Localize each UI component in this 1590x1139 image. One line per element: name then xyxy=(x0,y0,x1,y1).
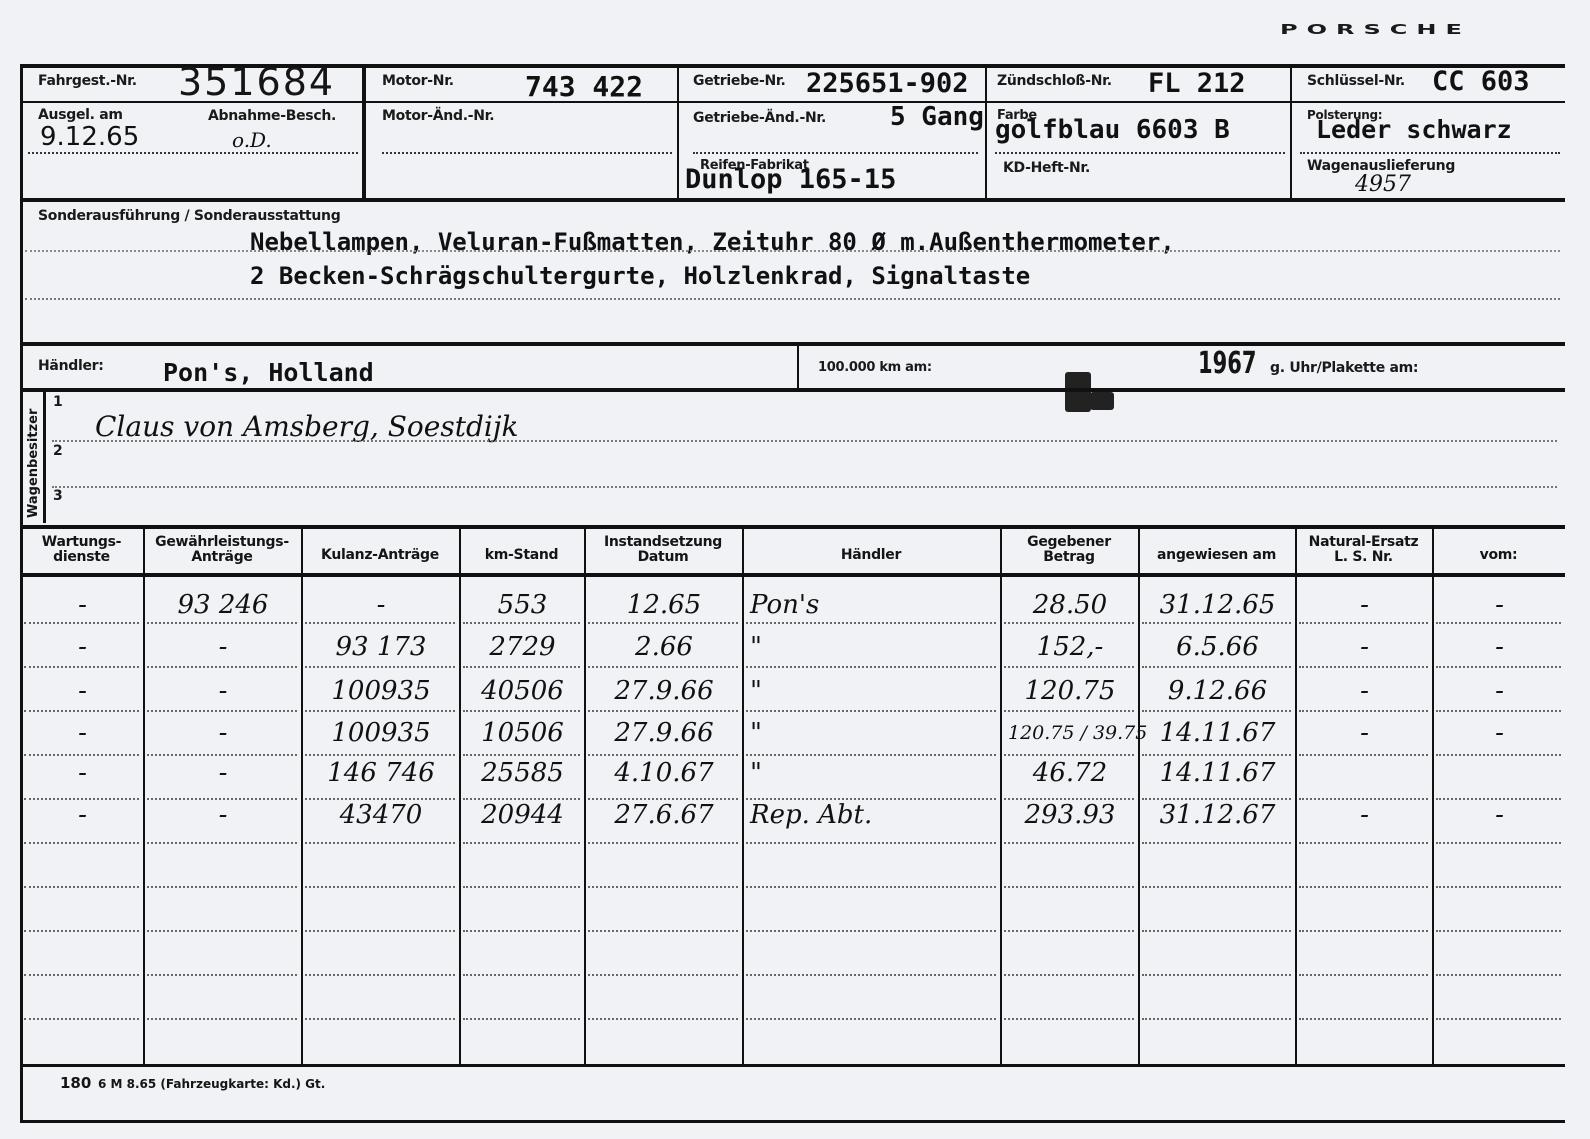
dotted-line xyxy=(24,710,139,712)
stamp-mark xyxy=(1090,392,1114,410)
table-cell: - xyxy=(1440,676,1559,706)
dotted-line xyxy=(463,666,580,668)
wagenauslieferung-value: 4957 xyxy=(1355,172,1411,197)
dotted-line xyxy=(147,886,297,888)
table-bottom xyxy=(20,1064,1565,1067)
dotted-line xyxy=(24,1018,139,1020)
dotted-line xyxy=(588,754,738,756)
km100-label: 100.000 km am: xyxy=(818,360,932,375)
dotted-line xyxy=(1004,886,1134,888)
dotted-line xyxy=(24,974,139,976)
form-number: 180 xyxy=(60,1074,91,1092)
dotted-line xyxy=(1142,842,1291,844)
dotted-line xyxy=(588,842,738,844)
column-divider xyxy=(459,527,461,1065)
dotted-line xyxy=(305,622,455,624)
column-header: Händler xyxy=(742,548,1000,563)
dotted-line xyxy=(1299,886,1428,888)
table-top xyxy=(20,525,1565,529)
table-cell: - xyxy=(151,632,295,662)
column-divider xyxy=(1295,527,1297,1065)
table-cell: 146 746 xyxy=(309,758,453,788)
table-cell: 9.12.66 xyxy=(1146,676,1289,706)
form-text: 6 M 8.65 (Fahrzeugkarte: Kd.) Gt. xyxy=(98,1077,325,1091)
zuendschloss-label: Zündschloß-Nr. xyxy=(997,73,1112,89)
dotted-line xyxy=(1436,1018,1561,1020)
dotted-line xyxy=(1142,798,1291,800)
dotted-line xyxy=(24,666,139,668)
dotted-line xyxy=(463,974,580,976)
dotted-line xyxy=(305,886,455,888)
dotted-line xyxy=(746,930,996,932)
dotted-line xyxy=(147,798,297,800)
dotted-line xyxy=(305,710,455,712)
dotted-line xyxy=(24,754,139,756)
dotted-line xyxy=(1142,886,1291,888)
column-divider xyxy=(301,527,303,1065)
dotted-line xyxy=(1142,754,1291,756)
dotted-line xyxy=(588,622,738,624)
stamp-mark xyxy=(1065,372,1091,412)
dotted-line xyxy=(463,1018,580,1020)
dotted-line xyxy=(1436,754,1561,756)
divider xyxy=(362,64,366,202)
fahrgestell-value: 351684 xyxy=(178,60,335,104)
dealer-value: Pon's, Holland xyxy=(163,358,374,387)
table-cell: 93 173 xyxy=(309,632,453,662)
table-cell: - xyxy=(1440,590,1559,620)
dotted-line xyxy=(25,298,1560,300)
dotted-line xyxy=(1299,842,1428,844)
dotted-line xyxy=(1142,666,1291,668)
frame-bottom xyxy=(20,1120,1565,1123)
polsterung-value: Leder schwarz xyxy=(1316,115,1512,144)
table-cell: 14.11.67 xyxy=(1146,718,1289,748)
motor-label: Motor-Nr. xyxy=(382,73,454,89)
table-cell: 14.11.67 xyxy=(1146,758,1289,788)
dotted-line xyxy=(147,930,297,932)
schluessel-value: CC 603 xyxy=(1432,66,1530,97)
dotted-line xyxy=(147,754,297,756)
dotted-line xyxy=(463,798,580,800)
table-cell: Pon's xyxy=(750,590,994,620)
kd-heft-label: KD-Heft-Nr. xyxy=(1003,160,1090,176)
dotted-line xyxy=(1142,974,1291,976)
dotted-line xyxy=(746,798,996,800)
dotted-line xyxy=(746,710,996,712)
dotted-line xyxy=(147,842,297,844)
dotted-line xyxy=(1004,974,1134,976)
column-divider xyxy=(143,527,145,1065)
dotted-line xyxy=(1004,710,1134,712)
fahrgestell-label: Fahrgest.-Nr. xyxy=(38,73,137,89)
dotted-line xyxy=(1299,710,1428,712)
dotted-line xyxy=(463,710,580,712)
owner-number-3: 3 xyxy=(53,488,62,504)
dotted-line xyxy=(1436,842,1561,844)
column-divider xyxy=(1138,527,1140,1065)
dotted-line xyxy=(1436,930,1561,932)
table-cell: 12.65 xyxy=(592,590,736,620)
dotted-line xyxy=(1436,798,1561,800)
table-cell: 40506 xyxy=(467,676,578,706)
table-cell: 27.9.66 xyxy=(592,718,736,748)
column-header: Kulanz-Anträge xyxy=(301,548,459,563)
dotted-line xyxy=(147,1018,297,1020)
getriebe-label: Getriebe-Nr. xyxy=(693,73,786,89)
dotted-line xyxy=(995,152,1285,154)
dotted-line xyxy=(746,666,996,668)
dotted-line xyxy=(1436,622,1561,624)
dotted-line xyxy=(1436,666,1561,668)
table-cell: 100935 xyxy=(309,676,453,706)
dotted-line xyxy=(305,666,455,668)
table-cell: - xyxy=(28,632,137,662)
dotted-line xyxy=(588,710,738,712)
dotted-line xyxy=(147,622,297,624)
table-cell: - xyxy=(151,758,295,788)
dotted-line xyxy=(52,440,1557,442)
dotted-line xyxy=(305,842,455,844)
table-cell: - xyxy=(151,718,295,748)
column-header: angewiesen am xyxy=(1138,548,1295,563)
dotted-line xyxy=(463,842,580,844)
dotted-line xyxy=(746,974,996,976)
dotted-line xyxy=(24,842,139,844)
table-cell: - xyxy=(28,800,137,830)
zuendschloss-value: FL 212 xyxy=(1148,68,1246,99)
dotted-line xyxy=(28,152,358,154)
dotted-line xyxy=(1142,710,1291,712)
dotted-line xyxy=(1004,842,1134,844)
dealer-label: Händler: xyxy=(38,358,104,374)
abnahme-label: Abnahme-Besch. xyxy=(208,108,336,124)
table-cell: Rep. Abt. xyxy=(750,800,994,830)
porsche-logo: PORSCHE xyxy=(1280,22,1471,37)
table-cell: - xyxy=(1303,632,1426,662)
getriebe-value: 225651-902 xyxy=(806,68,969,99)
divider xyxy=(20,198,1565,202)
table-cell: " xyxy=(750,632,994,662)
dotted-line xyxy=(1142,930,1291,932)
table-cell: - xyxy=(1440,718,1559,748)
dotted-line xyxy=(588,666,738,668)
dotted-line xyxy=(1004,798,1134,800)
table-cell: 46.72 xyxy=(1008,758,1132,788)
dotted-line xyxy=(1004,930,1134,932)
divider xyxy=(1290,64,1292,202)
dotted-line xyxy=(1299,974,1428,976)
table-cell: 120.75 / 39.75 xyxy=(1008,718,1132,748)
ausgel-label: Ausgel. am xyxy=(38,108,123,122)
divider xyxy=(20,342,1565,346)
table-cell: - xyxy=(1303,718,1426,748)
dotted-line xyxy=(588,1018,738,1020)
table-cell: - xyxy=(28,676,137,706)
table-cell: - xyxy=(151,800,295,830)
table-cell: 20944 xyxy=(467,800,578,830)
schluessel-label: Schlüssel-Nr. xyxy=(1307,73,1405,89)
abnahme-value: o.D. xyxy=(232,128,272,152)
table-cell: 27.6.67 xyxy=(592,800,736,830)
column-divider xyxy=(742,527,744,1065)
divider xyxy=(43,388,46,523)
table-cell: " xyxy=(750,718,994,748)
ausgel-value: 9.12.65 xyxy=(40,122,139,152)
table-header-bottom xyxy=(20,573,1565,577)
owner1-value: Claus von Amsberg, Soestdijk xyxy=(95,410,519,443)
owner-number-2: 2 xyxy=(53,443,62,459)
dotted-line xyxy=(1436,710,1561,712)
reifen-value: Dunlop 165-15 xyxy=(685,164,896,195)
dotted-line xyxy=(25,250,1560,252)
dotted-line xyxy=(382,152,672,154)
dotted-line xyxy=(1299,754,1428,756)
table-cell: 4.10.67 xyxy=(592,758,736,788)
dotted-line xyxy=(147,666,297,668)
getriebe-aend-label: Getriebe-Änd.-Nr. xyxy=(693,110,826,126)
table-cell: 28.50 xyxy=(1008,590,1132,620)
dotted-line xyxy=(305,754,455,756)
dotted-line xyxy=(746,1018,996,1020)
column-header: Natural-Ersatz L. S. Nr. xyxy=(1295,535,1432,565)
dotted-line xyxy=(1004,622,1134,624)
dotted-line xyxy=(147,974,297,976)
column-header: Wartungs- dienste xyxy=(20,535,143,565)
dotted-line xyxy=(588,798,738,800)
dotted-line xyxy=(52,486,1557,488)
table-cell: - xyxy=(1303,590,1426,620)
table-cell: " xyxy=(750,676,994,706)
table-cell: 152,- xyxy=(1008,632,1132,662)
table-cell: - xyxy=(28,718,137,748)
sonder-label: Sonderausführung / Sonderausstattung xyxy=(38,208,340,224)
table-cell: - xyxy=(28,590,137,620)
getriebe-aend-value: 5 Gang xyxy=(890,102,984,132)
dotted-line xyxy=(588,974,738,976)
divider xyxy=(20,388,1565,392)
dotted-line xyxy=(588,886,738,888)
motor-value: 743 422 xyxy=(525,70,643,103)
sonder-line2: 2 Becken-Schrägschultergurte, Holzlenkra… xyxy=(250,262,1030,290)
table-cell: - xyxy=(1440,632,1559,662)
dotted-line xyxy=(463,930,580,932)
dotted-line xyxy=(463,622,580,624)
dotted-line xyxy=(24,930,139,932)
dotted-line xyxy=(305,930,455,932)
table-cell: 100935 xyxy=(309,718,453,748)
table-cell: 27.9.66 xyxy=(592,676,736,706)
dotted-line xyxy=(746,886,996,888)
dotted-line xyxy=(1142,622,1291,624)
dotted-line xyxy=(1436,886,1561,888)
dotted-line xyxy=(305,974,455,976)
dotted-line xyxy=(693,152,978,154)
owners-side-label: Wagenbesitzer xyxy=(26,409,41,518)
column-header: Gegebener Betrag xyxy=(1000,535,1138,565)
table-cell: 6.5.66 xyxy=(1146,632,1289,662)
column-header: Instandsetzung Datum xyxy=(584,535,742,565)
table-cell: 293.93 xyxy=(1008,800,1132,830)
dotted-line xyxy=(1004,666,1134,668)
table-cell: - xyxy=(28,758,137,788)
dotted-line xyxy=(746,842,996,844)
dotted-line xyxy=(1004,1018,1134,1020)
column-divider xyxy=(584,527,586,1065)
divider xyxy=(985,64,987,202)
dotted-line xyxy=(1300,152,1560,154)
divider xyxy=(677,64,679,202)
table-cell: 553 xyxy=(467,590,578,620)
dotted-line xyxy=(24,622,139,624)
year-stamp: 1967 xyxy=(1198,346,1256,381)
table-cell: 10506 xyxy=(467,718,578,748)
table-cell: 43470 xyxy=(309,800,453,830)
motor-aend-label: Motor-Änd.-Nr. xyxy=(382,108,494,124)
table-cell: - xyxy=(309,590,453,620)
frame-left xyxy=(20,65,23,1123)
owner-number-1: 1 xyxy=(53,394,62,410)
dotted-line xyxy=(1299,1018,1428,1020)
table-cell: " xyxy=(750,758,994,788)
dotted-line xyxy=(588,930,738,932)
dotted-line xyxy=(1299,798,1428,800)
column-divider xyxy=(1432,527,1434,1065)
dotted-line xyxy=(1436,974,1561,976)
dotted-line xyxy=(463,754,580,756)
table-cell: 31.12.67 xyxy=(1146,800,1289,830)
column-divider xyxy=(1000,527,1002,1065)
dotted-line xyxy=(305,1018,455,1020)
dotted-line xyxy=(147,710,297,712)
table-cell: - xyxy=(1440,800,1559,830)
plakette-label: g. Uhr/Plakette am: xyxy=(1270,360,1418,376)
farbe-value: golfblau 6603 B xyxy=(995,115,1230,145)
table-cell: 25585 xyxy=(467,758,578,788)
table-cell: - xyxy=(1303,800,1426,830)
dotted-line xyxy=(463,886,580,888)
dotted-line xyxy=(746,754,996,756)
column-header: vom: xyxy=(1432,548,1565,563)
dotted-line xyxy=(305,798,455,800)
table-cell: - xyxy=(151,676,295,706)
dotted-line xyxy=(1299,666,1428,668)
dotted-line xyxy=(1299,622,1428,624)
table-cell: 31.12.65 xyxy=(1146,590,1289,620)
dotted-line xyxy=(746,622,996,624)
dotted-line xyxy=(24,798,139,800)
dotted-line xyxy=(24,886,139,888)
column-header: km-Stand xyxy=(459,548,584,563)
table-cell: 120.75 xyxy=(1008,676,1132,706)
table-cell: - xyxy=(1303,676,1426,706)
table-cell: 2.66 xyxy=(592,632,736,662)
divider xyxy=(797,342,799,390)
column-header: Gewährleistungs- Anträge xyxy=(143,535,301,565)
dotted-line xyxy=(1142,1018,1291,1020)
dotted-line xyxy=(1004,754,1134,756)
dotted-line xyxy=(1299,930,1428,932)
table-cell: 93 246 xyxy=(151,590,295,620)
table-cell: 2729 xyxy=(467,632,578,662)
